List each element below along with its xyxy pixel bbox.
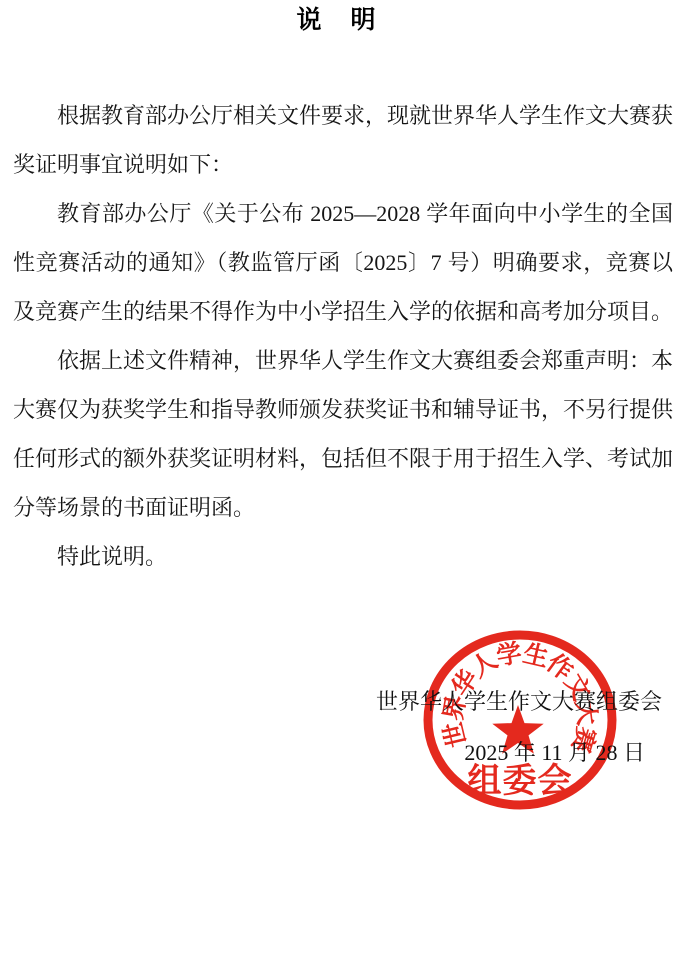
signature-date: 2025 年 11 月 28 日 (464, 739, 645, 767)
seal-bottom-text: 组委会 (468, 762, 573, 800)
page-title: 说 明 (0, 0, 687, 38)
paragraph-intro: 根据教育部办公厅相关文件要求，现就世界华人学生作文大赛获奖证明事宜说明如下： (13, 91, 673, 189)
signature-organization: 世界华人学生作文大赛组委会 (376, 688, 662, 716)
paragraph-statement: 依据上述文件精神，世界华人学生作文大赛组委会郑重声明：本大赛仅为获奖学生和指导教… (13, 336, 673, 532)
paragraph-closing: 特此说明。 (13, 532, 673, 581)
document-page: 说 明 根据教育部办公厅相关文件要求，现就世界华人学生作文大赛获奖证明事宜说明如… (0, 0, 700, 969)
paragraph-policy: 教育部办公厅《关于公布 2025—2028 学年面向中小学生的全国性竞赛活动的通… (13, 189, 673, 336)
document-body: 根据教育部办公厅相关文件要求，现就世界华人学生作文大赛获奖证明事宜说明如下： 教… (13, 91, 673, 581)
official-seal: 世界华人学生作文大赛 组委会 (421, 628, 619, 812)
